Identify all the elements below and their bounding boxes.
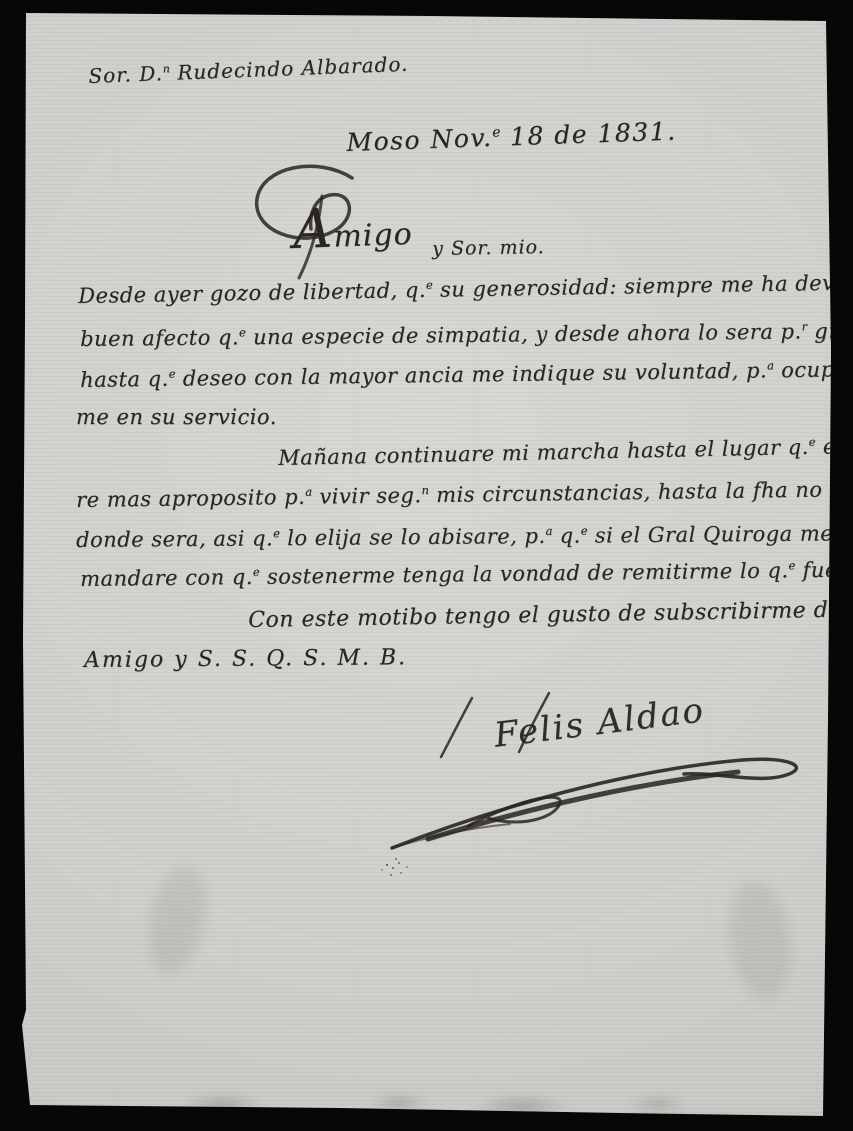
paper-sheet: Sor. D.n Rudecindo Albarado. Moso Nov.e … [0, 0, 853, 1131]
ink-speckles [386, 864, 388, 866]
scanned-letter-page: Sor. D.n Rudecindo Albarado. Moso Nov.e … [0, 0, 853, 1131]
closing-line2: Amigo y S. S. Q. S. M. B. [84, 645, 407, 673]
salutation-rest: y Sor. mio. [432, 236, 545, 260]
salutation-word: Amigo [292, 194, 413, 261]
paragraph1-line4: me en su servicio. [76, 405, 277, 429]
bottom-edge-stain [100, 1072, 780, 1116]
